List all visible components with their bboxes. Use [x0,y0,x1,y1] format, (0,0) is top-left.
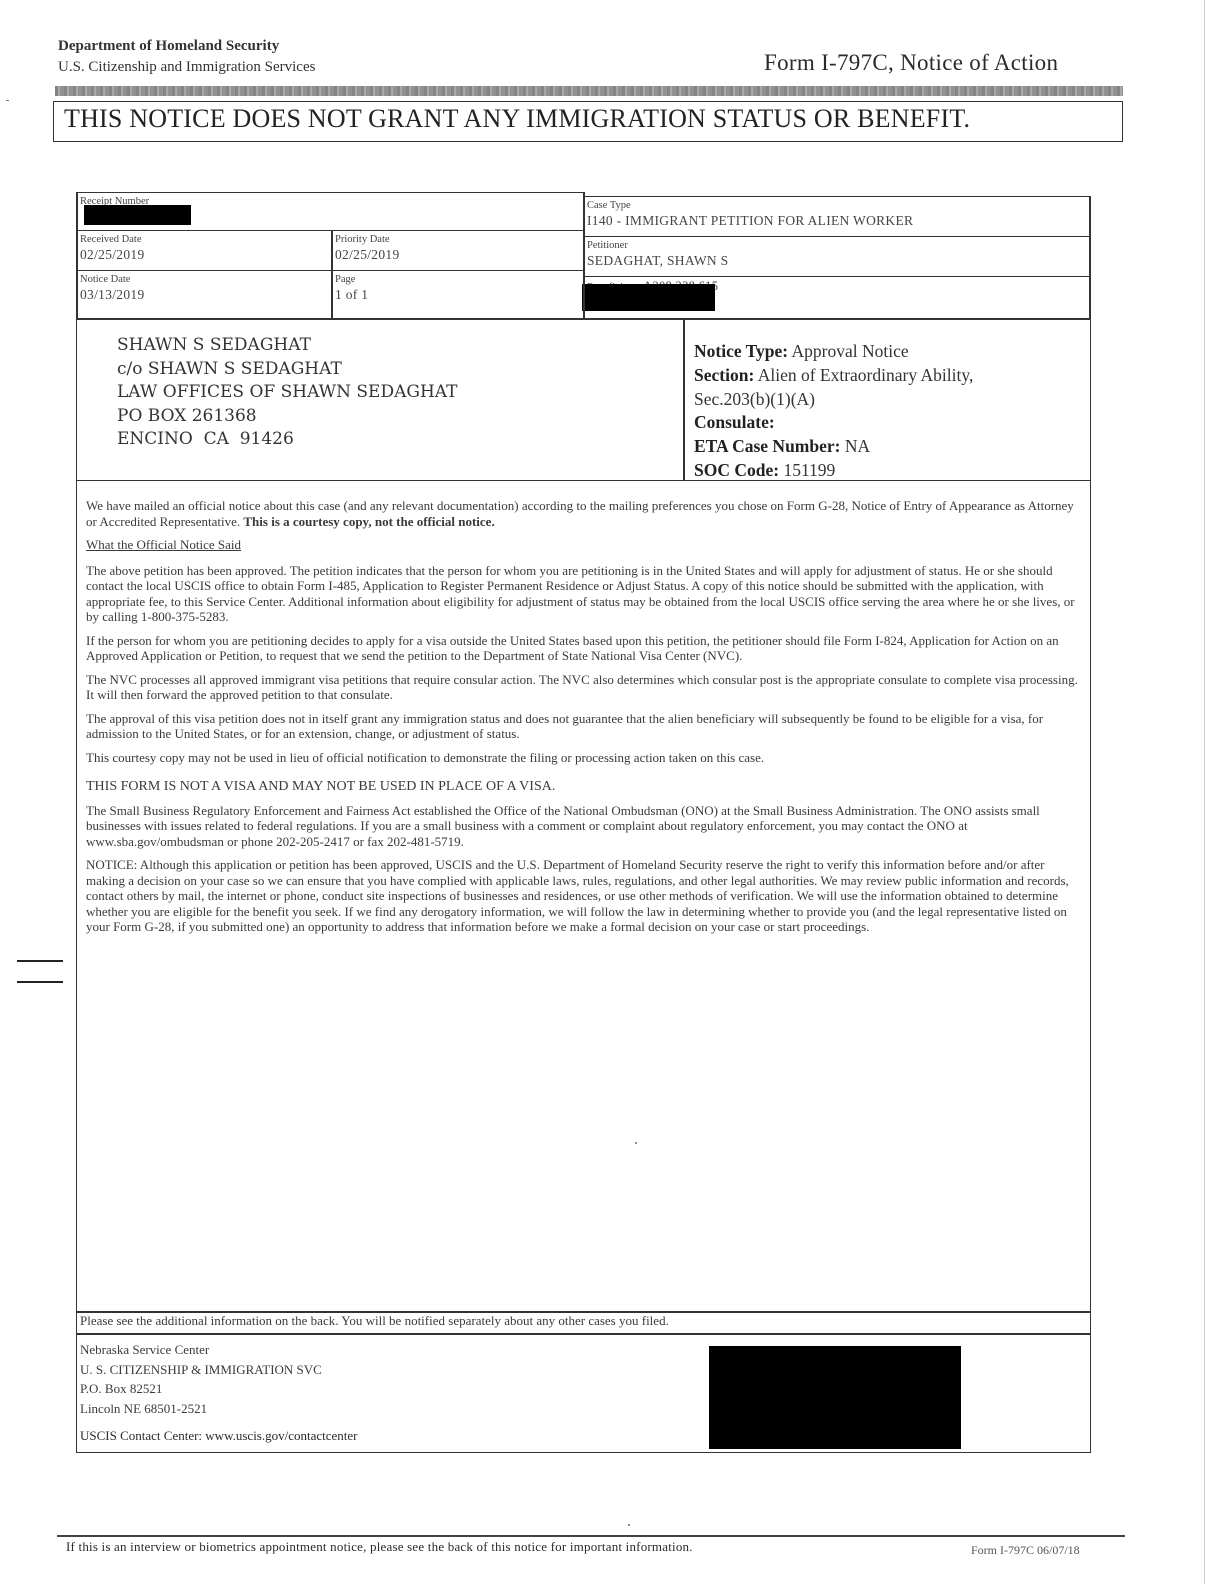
case-type-value: I140 - IMMIGRANT PETITION FOR ALIEN WORK… [587,212,1087,230]
service-center-line: Nebraska Service Center [80,1340,322,1360]
biometrics-note: If this is an interview or biometrics ap… [66,1539,693,1555]
notice-type-row: Notice Type: Approval Notice [694,340,973,364]
address-line: LAW OFFICES OF SHAWN SEDAGHAT [117,381,457,405]
approval-paragraph: The above petition has been approved. Th… [86,563,1082,625]
soc-value: 151199 [783,460,835,480]
service-center-line: Lincoln NE 68501-2521 [80,1399,322,1419]
agency-service: U.S. Citizenship and Immigration Service… [58,57,315,78]
address-divider [683,318,685,481]
petitioner-value: SEDAGHAT, SHAWN S [587,252,1087,270]
received-date-label: Received Date [80,233,327,246]
eta-label: ETA Case Number: [694,436,840,456]
consulate-row: Consulate: [694,411,973,435]
section-row: Section: Alien of Extraordinary Ability, [694,364,973,388]
section-value-2: Sec.203(b)(1)(A) [694,388,973,412]
service-center-line: P.O. Box 82521 [80,1379,322,1399]
notice-date-value: 03/13/2019 [80,286,327,304]
eta-value: NA [845,436,870,456]
priority-date-label: Priority Date [335,233,579,246]
footer-divider [76,1333,1091,1335]
petitioner-label: Petitioner [587,239,1087,252]
notice-date-cell: Notice Date 03/13/2019 [76,270,331,312]
service-center-address: Nebraska Service Center U. S. CITIZENSHI… [80,1340,322,1418]
notice-info: Notice Type: Approval Notice Section: Al… [694,340,973,483]
page-label: Page [335,273,579,286]
redacted-receipt-number [84,205,191,225]
additional-info-note: Please see the additional information on… [80,1313,669,1329]
address-line: c/o SHAWN S SEDAGHAT [117,358,457,382]
address-line: PO BOX 261368 [117,405,457,429]
not-a-visa-notice: THIS FORM IS NOT A VISA AND MAY NOT BE U… [86,779,1082,795]
no-status-paragraph: The approval of this visa petition does … [86,711,1082,742]
received-date-value: 02/25/2019 [80,246,327,264]
ombudsman-paragraph: The Small Business Regulatory Enforcemen… [86,803,1082,850]
agency-header: Department of Homeland Security U.S. Cit… [58,36,315,78]
grid-border-right [1089,196,1091,318]
section-value: Alien of Extraordinary Ability, [758,365,974,385]
address-line: SHAWN S SEDAGHAT [117,334,457,358]
service-center-line: U. S. CITIZENSHIP & IMMIGRATION SVC [80,1360,322,1380]
section-subheading: What the Official Notice Said [86,537,1082,553]
verification-notice-paragraph: NOTICE: Although this application or pet… [86,857,1082,935]
petitioner-cell: Petitioner SEDAGHAT, SHAWN S [583,236,1091,276]
redacted-barcode [709,1346,961,1449]
nvc-request-paragraph: If the person for whom you are petitioni… [86,633,1082,664]
priority-date-value: 02/25/2019 [335,246,579,264]
courtesy-copy-paragraph: This courtesy copy may not be used in li… [86,750,1082,766]
mailing-address: SHAWN S SEDAGHAT c/o SHAWN S SEDAGHAT LA… [117,334,457,452]
priority-date-cell: Priority Date 02/25/2019 [331,230,583,272]
notice-date-label: Notice Date [80,273,327,286]
grid-border-left [76,192,78,318]
notice-type-label: Notice Type: [694,341,788,361]
grid-divider [583,192,585,318]
form-version: Form I-797C 06/07/18 [971,1543,1080,1558]
soc-label: SOC Code: [694,460,779,480]
eta-row: ETA Case Number: NA [694,435,973,459]
status-banner: THIS NOTICE DOES NOT GRANT ANY IMMIGRATI… [53,101,1123,142]
consulate-label: Consulate: [694,412,775,432]
bottom-divider [57,1535,1125,1537]
page-cell: Page 1 of 1 [331,270,583,312]
notice-type-value: Approval Notice [792,341,909,361]
scan-mark [6,100,9,101]
intro-text: We have mailed an official notice about … [86,498,1074,529]
courtesy-copy-note: This is a courtesy copy, not the officia… [243,514,494,529]
address-line: ENCINO CA 91426 [117,428,457,452]
grid-divider-inner [331,230,333,318]
notice-body: We have mailed an official notice about … [86,498,1082,943]
form-title: Form I-797C, Notice of Action [764,50,1058,76]
case-info-grid: Receipt Number Case Type I140 - IMMIGRAN… [76,192,1091,318]
case-type-cell: Case Type I140 - IMMIGRANT PETITION FOR … [583,196,1091,238]
soc-row: SOC Code: 151199 [694,459,973,483]
intro-paragraph: We have mailed an official notice about … [86,498,1082,529]
nvc-processing-paragraph: The NVC processes all approved immigrant… [86,672,1082,703]
page-edge [1204,0,1205,1584]
contact-center: USCIS Contact Center: www.uscis.gov/cont… [80,1428,358,1444]
section-label: Section: [694,365,754,385]
received-date-cell: Received Date 02/25/2019 [76,230,331,272]
case-type-label: Case Type [587,199,1087,212]
page-value: 1 of 1 [335,286,579,304]
agency-department: Department of Homeland Security [58,36,315,57]
header-bar [55,86,1123,96]
scan-mark-line [17,981,63,983]
scan-speck [628,1524,630,1526]
scan-speck [635,1142,637,1144]
redacted-beneficiary-name [582,284,715,311]
scan-mark-line [17,960,63,962]
